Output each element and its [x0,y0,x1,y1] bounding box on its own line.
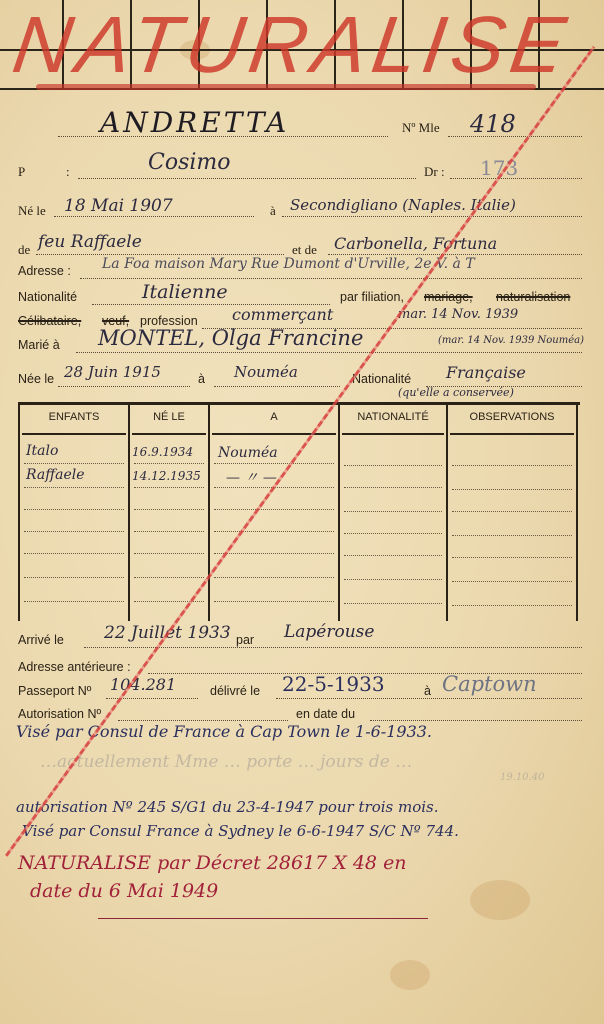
row-line [134,509,204,510]
row-line [214,577,334,578]
nationality-label: Nationalité [18,290,77,304]
row-line [452,511,572,512]
child-2-name: Raffaele [26,467,85,483]
born-at-label: à [270,203,276,219]
header-rule [22,433,126,435]
nationality-value: Italienne [142,281,228,303]
father-label: de [18,242,30,258]
row-line [134,531,204,532]
stain [470,880,530,920]
row-line [24,577,124,578]
dotted-line [276,698,582,699]
wife-nationality-note: (qu'elle a conservée) [398,386,514,399]
row-line [214,601,334,602]
table-border [576,405,578,621]
row-line [24,553,124,554]
row-line [24,463,124,464]
child-1-name: Italo [26,443,58,459]
header-observations: OBSERVATIONS [448,411,576,423]
row-line [452,557,572,558]
row-line [452,489,572,490]
wife-born-at-value: Nouméa [234,363,298,381]
by-value: Lapérouse [284,622,374,642]
header-rule [132,433,206,435]
row-line [452,535,572,536]
row-line [134,553,204,554]
authorisation-label: Autorisation Nº [18,707,101,721]
dotted-line [58,386,190,387]
issued-label: délivré le [210,684,260,698]
child-2-born: 14.12.1935 [132,469,201,483]
passport-label: Passeport Nº [18,684,91,698]
stain [390,960,430,990]
dotted-line [118,720,288,721]
child-2-at: — 〃 — [226,467,277,487]
passport-value: 104.281 [110,675,176,694]
header-rule [450,433,574,435]
surname: ANDRETTA [100,106,289,139]
dotted-line [54,216,254,217]
row-line [214,509,334,510]
prenom-sep: : [66,164,70,180]
dotted-line [370,720,582,721]
nationality-by-mariage: mariage, [424,290,473,304]
visa-note: Visé par Consul de France à Cap Town le … [16,722,432,741]
table-border [18,405,20,621]
row-line [344,533,442,534]
header-enfants: ENFANTS [20,411,128,423]
row-line [214,553,334,554]
signature-underline [98,918,428,919]
table-divider [338,405,340,621]
row-line [24,531,124,532]
faint-date: 19.10.40 [500,772,545,783]
dr-label: Dr : [424,164,445,180]
dotted-line [328,254,582,255]
address-label: Adresse : [18,264,71,278]
child-1-at: Nouméa [218,445,278,461]
row-line [134,577,204,578]
born-label: Né le [18,203,46,219]
row-line [214,463,334,464]
dotted-line [80,278,582,279]
dated-label: en date du [296,707,355,721]
wife-born-at-label: à [198,372,205,386]
row-line [452,581,572,582]
prenom-value: Cosimo [148,150,231,175]
issued-at-label: à [424,684,431,698]
profession-value: commerçant [232,305,333,324]
row-line [24,509,124,510]
row-line [134,487,204,488]
row-line [214,531,334,532]
arrived-label: Arrivé le [18,633,64,647]
stamp-underline [36,84,536,90]
header-rule [342,433,444,435]
dotted-line [448,136,582,137]
row-line [344,487,442,488]
children-table: ENFANTS NÉ LE A NATIONALITÉ OBSERVATIONS… [18,402,580,623]
nationality-by-naturalisation: naturalisation [496,290,570,304]
dotted-line [450,178,582,179]
nationality-by-label: par filiation, [340,290,404,304]
wife-born-label: Née le [18,372,54,386]
issued-at-value: Captown [442,672,537,696]
header-ne-le: NÉ LE [130,411,208,423]
table-divider [446,405,448,621]
father-value: feu Raffaele [38,232,142,252]
born-value: 18 Mai 1907 [64,196,173,216]
header-rule [212,433,336,435]
row-line [134,463,204,464]
row-line [24,601,124,602]
table-divider [128,405,130,621]
faint-note: …actuellement Mme … porte … jours de … [40,752,412,772]
dotted-line [214,386,340,387]
row-line [452,465,572,466]
row-line [452,605,572,606]
naturalise-stamp: NATURALISE [8,2,540,88]
wife-nationality-label: Nationalité [352,372,411,386]
row-line [344,579,442,580]
sydney-note: Visé par Consul France à Sydney le 6-6-1… [22,822,459,840]
row-line [344,511,442,512]
authorisation-note: autorisation Nº 245 S/G1 du 23-4-1947 po… [16,798,439,816]
matricule-value: 418 [470,110,516,138]
row-line [134,601,204,602]
row-line [24,487,124,488]
married-value: MONTEL, Olga Francine [98,326,363,350]
row-line [344,555,442,556]
dotted-line [78,178,416,179]
address-value: La Foa maison Mary Rue Dumont d'Urville,… [102,256,475,272]
row-line [344,603,442,604]
mother-value: Carbonella, Fortuna [334,234,497,253]
prenom-label: P [18,164,25,180]
wife-nationality-value: Française [446,363,526,382]
naturalise-decree-line2: date du 6 Mai 1949 [30,880,218,902]
matricule-label: Nº Mle [402,120,440,136]
married-note: (mar. 14 Nov. 1939 Nouméa) [438,335,584,346]
row-line [344,465,442,466]
dotted-line [282,216,582,217]
dotted-line [58,136,388,137]
table-divider [208,405,210,621]
profession-note: mar. 14 Nov. 1939 [398,307,518,322]
married-label: Marié à [18,338,60,352]
registration-card: NATURALISE ANDRETTA Nº Mle 418 P : Cosim… [0,0,604,1024]
by-label: par [236,633,254,647]
header-nationalite: NATIONALITÉ [340,411,446,423]
previous-address-label: Adresse antérieure : [18,660,131,674]
naturalise-decree-line1: NATURALISE par Décret 28617 X 48 en [18,852,407,874]
issued-value: 22-5-1933 [282,672,385,696]
wife-born-value: 28 Juin 1915 [64,363,161,381]
dotted-line [76,352,582,353]
status-celibataire: Célibataire, [18,314,81,328]
child-1-born: 16.9.1934 [132,445,193,459]
dotted-line [36,254,284,255]
